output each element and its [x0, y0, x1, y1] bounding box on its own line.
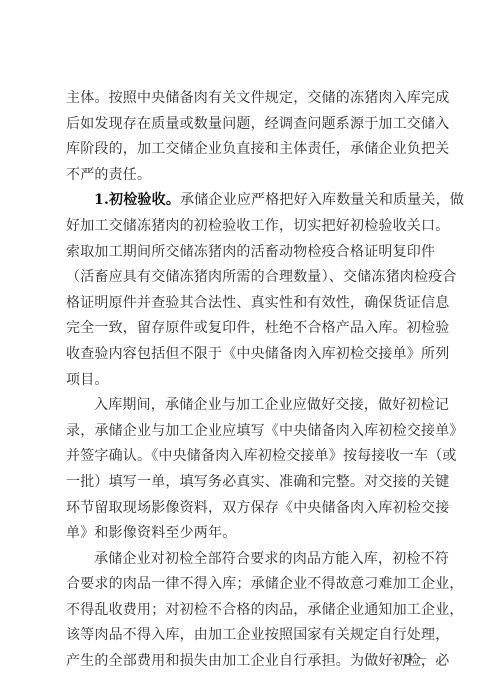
document-page: 主体。按照中央储备肉有关文件规定，交储的冻猪肉入库完成 后如发现存在质量或数量问…: [0, 0, 494, 700]
text-line: 好加工交储冻猪肉的初检验收工作，切实把好初检验收关口。: [66, 214, 429, 240]
text-line: 库阶段的，加工交储企业负直接和主体责任，承储企业负把关: [66, 137, 429, 163]
text-line: 承储企业对初检全部符合要求的肉品方能入库，初检不符: [66, 547, 429, 573]
text-line: 单》和影像资料至少两年。: [66, 521, 429, 547]
text-line: 环节留取现场影像资料，双方保存《中央储备肉入库初检交接: [66, 496, 429, 522]
text-line: 入库期间，承储企业与加工企业应做好交接，做好初检记: [66, 393, 429, 419]
text-line: 该等肉品不得入库，由加工企业按照国家有关规定自行处理，: [66, 623, 429, 649]
text-line: 并签字确认。《中央储备肉入库初检交接单》按每接收一车（或: [66, 444, 429, 470]
text-line: 主体。按照中央储备肉有关文件规定，交储的冻猪肉入库完成: [66, 86, 429, 112]
text-line: 录，承储企业与加工企业应填写《中央储备肉入库初检交接单》: [66, 419, 429, 445]
text-line: （活畜应具有交储冻猪肉所需的合理数量）、交储冻猪肉检疫合: [66, 265, 429, 291]
text-line: 完全一致，留存原件或复印件，杜绝不合格产品入库。初检验: [66, 316, 429, 342]
text-line: 项目。: [66, 368, 429, 394]
heading-line-text: 承储企业应严格把好入库数量关和质量关，做: [180, 192, 464, 208]
text-line: 不严的责任。: [66, 163, 429, 189]
section-heading: 1.初检验收。: [94, 192, 180, 208]
text-line: 1.初检验收。承储企业应严格把好入库数量关和质量关，做: [66, 188, 429, 214]
body-text: 主体。按照中央储备肉有关文件规定，交储的冻猪肉入库完成 后如发现存在质量或数量问…: [66, 86, 429, 675]
text-line: 收查验内容包括但不限于《中央储备肉入库初检交接单》所列: [66, 342, 429, 368]
text-line: 一批）填写一单，填写务必真实、准确和完整。对交接的关键: [66, 470, 429, 496]
page-number-text: － 9 －: [389, 650, 428, 667]
page-number: － 9 －: [0, 650, 494, 667]
text-line: 格证明原件并查验其合法性、真实性和有效性，确保货证信息: [66, 291, 429, 317]
text-line: 合要求的肉品一律不得入库；承储企业不得故意刁难加工企业，: [66, 572, 429, 598]
paragraph-initial-inspection: 1.初检验收。承储企业应严格把好入库数量关和质量关，做 好加工交储冻猪肉的初检验…: [66, 188, 429, 393]
text-line: 后如发现存在质量或数量问题，经调查问题系源于加工交储入: [66, 112, 429, 138]
paragraph-responsibility: 主体。按照中央储备肉有关文件规定，交储的冻猪肉入库完成 后如发现存在质量或数量问…: [66, 86, 429, 188]
text-line: 索取加工期间所交储冻猪肉的活畜动物检疫合格证明复印件: [66, 240, 429, 266]
text-line: 不得乱收费用；对初检不合格的肉品，承储企业通知加工企业，: [66, 598, 429, 624]
paragraph-handover: 入库期间，承储企业与加工企业应做好交接，做好初检记 录，承储企业与加工企业应填写…: [66, 393, 429, 547]
